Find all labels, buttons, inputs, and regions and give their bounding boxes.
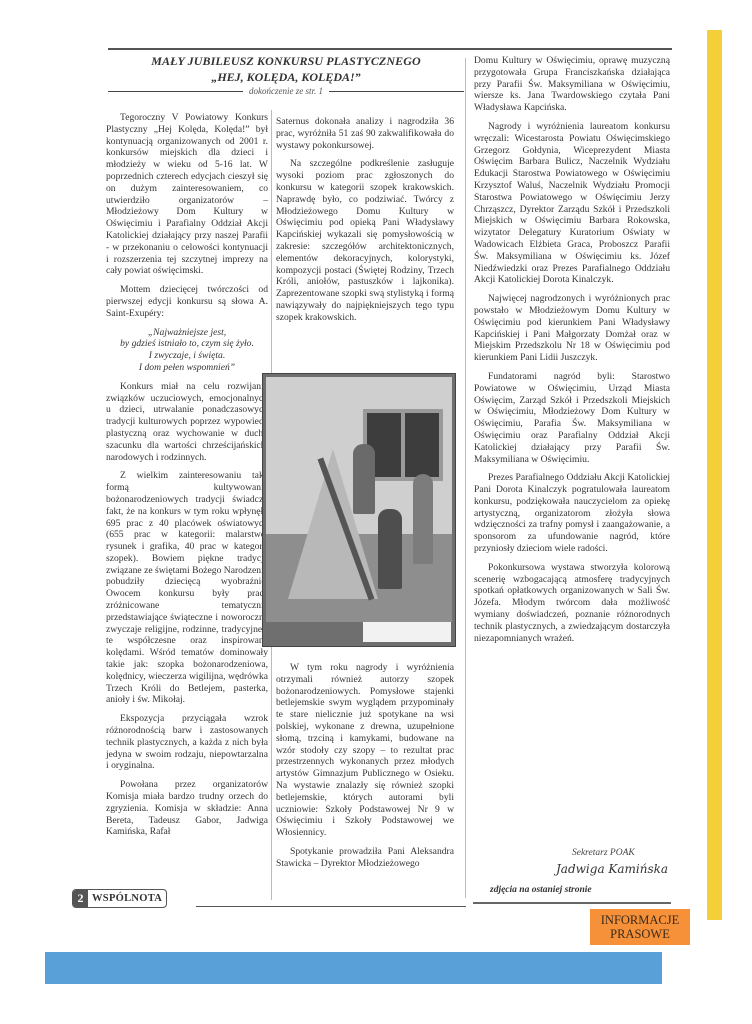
photos-note: zdjęcia na ostaniej stronie <box>490 885 592 895</box>
photo-figure <box>413 474 433 564</box>
article-column-1: Tegoroczny V Powiatowy Konkurs Plastyczn… <box>106 112 268 845</box>
paragraph: Prezes Parafialnego Oddziału Akcji Katol… <box>474 472 670 555</box>
paragraph: Mottem dziecięcej twórczości od pierwsze… <box>106 284 268 319</box>
paragraph: Najwięcej nagrodzonych i wyróżnionych pr… <box>474 293 670 364</box>
article-header: MAŁY JUBILEUSZ KONKURSU PLASTYCZNEGO „HE… <box>108 54 464 96</box>
press-label-line2: PRASOWE <box>590 927 690 941</box>
bottom-rule <box>196 906 466 907</box>
paragraph: Na szczególne podkreślenie zasługuje wys… <box>276 158 454 323</box>
signature-name: Jadwiga Kamińska <box>556 862 668 876</box>
top-rule <box>108 48 464 50</box>
page-number: 2 <box>73 890 88 907</box>
artwork-photo <box>262 373 456 647</box>
paragraph: Domu Kultury w Oświęcimiu, oprawę muzycz… <box>474 55 670 114</box>
yellow-decorative-bar <box>707 30 722 920</box>
article-title-line1: MAŁY JUBILEUSZ KONKURSU PLASTYCZNEGO <box>108 54 464 69</box>
newspaper-page: MAŁY JUBILEUSZ KONKURSU PLASTYCZNEGO „HE… <box>0 0 752 1024</box>
photo-caption-label <box>363 622 451 642</box>
bottom-rule-right <box>473 902 671 904</box>
press-info-label: INFORMACJE PRASOWE <box>590 909 690 945</box>
paragraph: Saternus dokonała analizy i nagrodziła 3… <box>276 116 454 151</box>
top-rule-right <box>464 48 672 50</box>
paragraph: Z wielkim zainteresowaniu taką formą kul… <box>106 470 268 706</box>
continuation-note: dokończenie ze str. 1 <box>108 86 464 96</box>
article-column-3: Domu Kultury w Oświęcimiu, oprawę muzycz… <box>474 55 670 651</box>
signature-role: Sekretarz POAK <box>572 848 635 858</box>
paragraph: Powołana przez organizatorów Komisja mia… <box>106 779 268 838</box>
photo-figure <box>353 444 375 514</box>
article-column-2-bottom: W tym roku nagrody i wyróżnienia otrzyma… <box>276 662 454 877</box>
divider <box>329 91 464 92</box>
paragraph: Fundatorami nagród byli: Starostwo Powia… <box>474 371 670 465</box>
paragraph: Spotykanie prowadziła Pani Aleksandra St… <box>276 846 454 870</box>
article-column-2-top: Saternus dokonała analizy i nagrodziła 3… <box>276 116 454 331</box>
divider <box>108 91 243 92</box>
paragraph: Pokonkursowa wystawa stworzyła kolorową … <box>474 562 670 645</box>
publication-name: WSPÓLNOTA <box>92 893 162 904</box>
paragraph: Ekspozycja przyciągała wzrok różnorodnoś… <box>106 713 268 772</box>
continuation-text: dokończenie ze str. 1 <box>249 86 323 96</box>
poem-quote: „Najważniejsze jest, by gdzieś istniało … <box>106 327 268 374</box>
poem-line: I dom pełen wspomnień” <box>106 362 268 374</box>
poem-line: I zwyczaje, i święta. <box>106 350 268 362</box>
poem-line: by gdzieś istniało to, czym się żyło. <box>106 338 268 350</box>
blue-decorative-bar <box>45 952 662 984</box>
page-footer-badge: 2 WSPÓLNOTA <box>72 889 167 908</box>
paragraph: Tegoroczny V Powiatowy Konkurs Plastyczn… <box>106 112 268 277</box>
article-title-line2: „HEJ, KOLĘDA, KOLĘDA!” <box>108 70 464 85</box>
paragraph: W tym roku nagrody i wyróżnienia otrzyma… <box>276 662 454 839</box>
photo-figure <box>378 509 402 589</box>
paragraph: Konkurs miał na celu rozwijanie związków… <box>106 381 268 464</box>
column-divider <box>465 58 466 898</box>
poem-line: „Najważniejsze jest, <box>106 327 268 339</box>
press-label-line1: INFORMACJE <box>590 913 690 927</box>
paragraph: Nagrody i wyróżnienia laureatom konkursu… <box>474 121 670 286</box>
